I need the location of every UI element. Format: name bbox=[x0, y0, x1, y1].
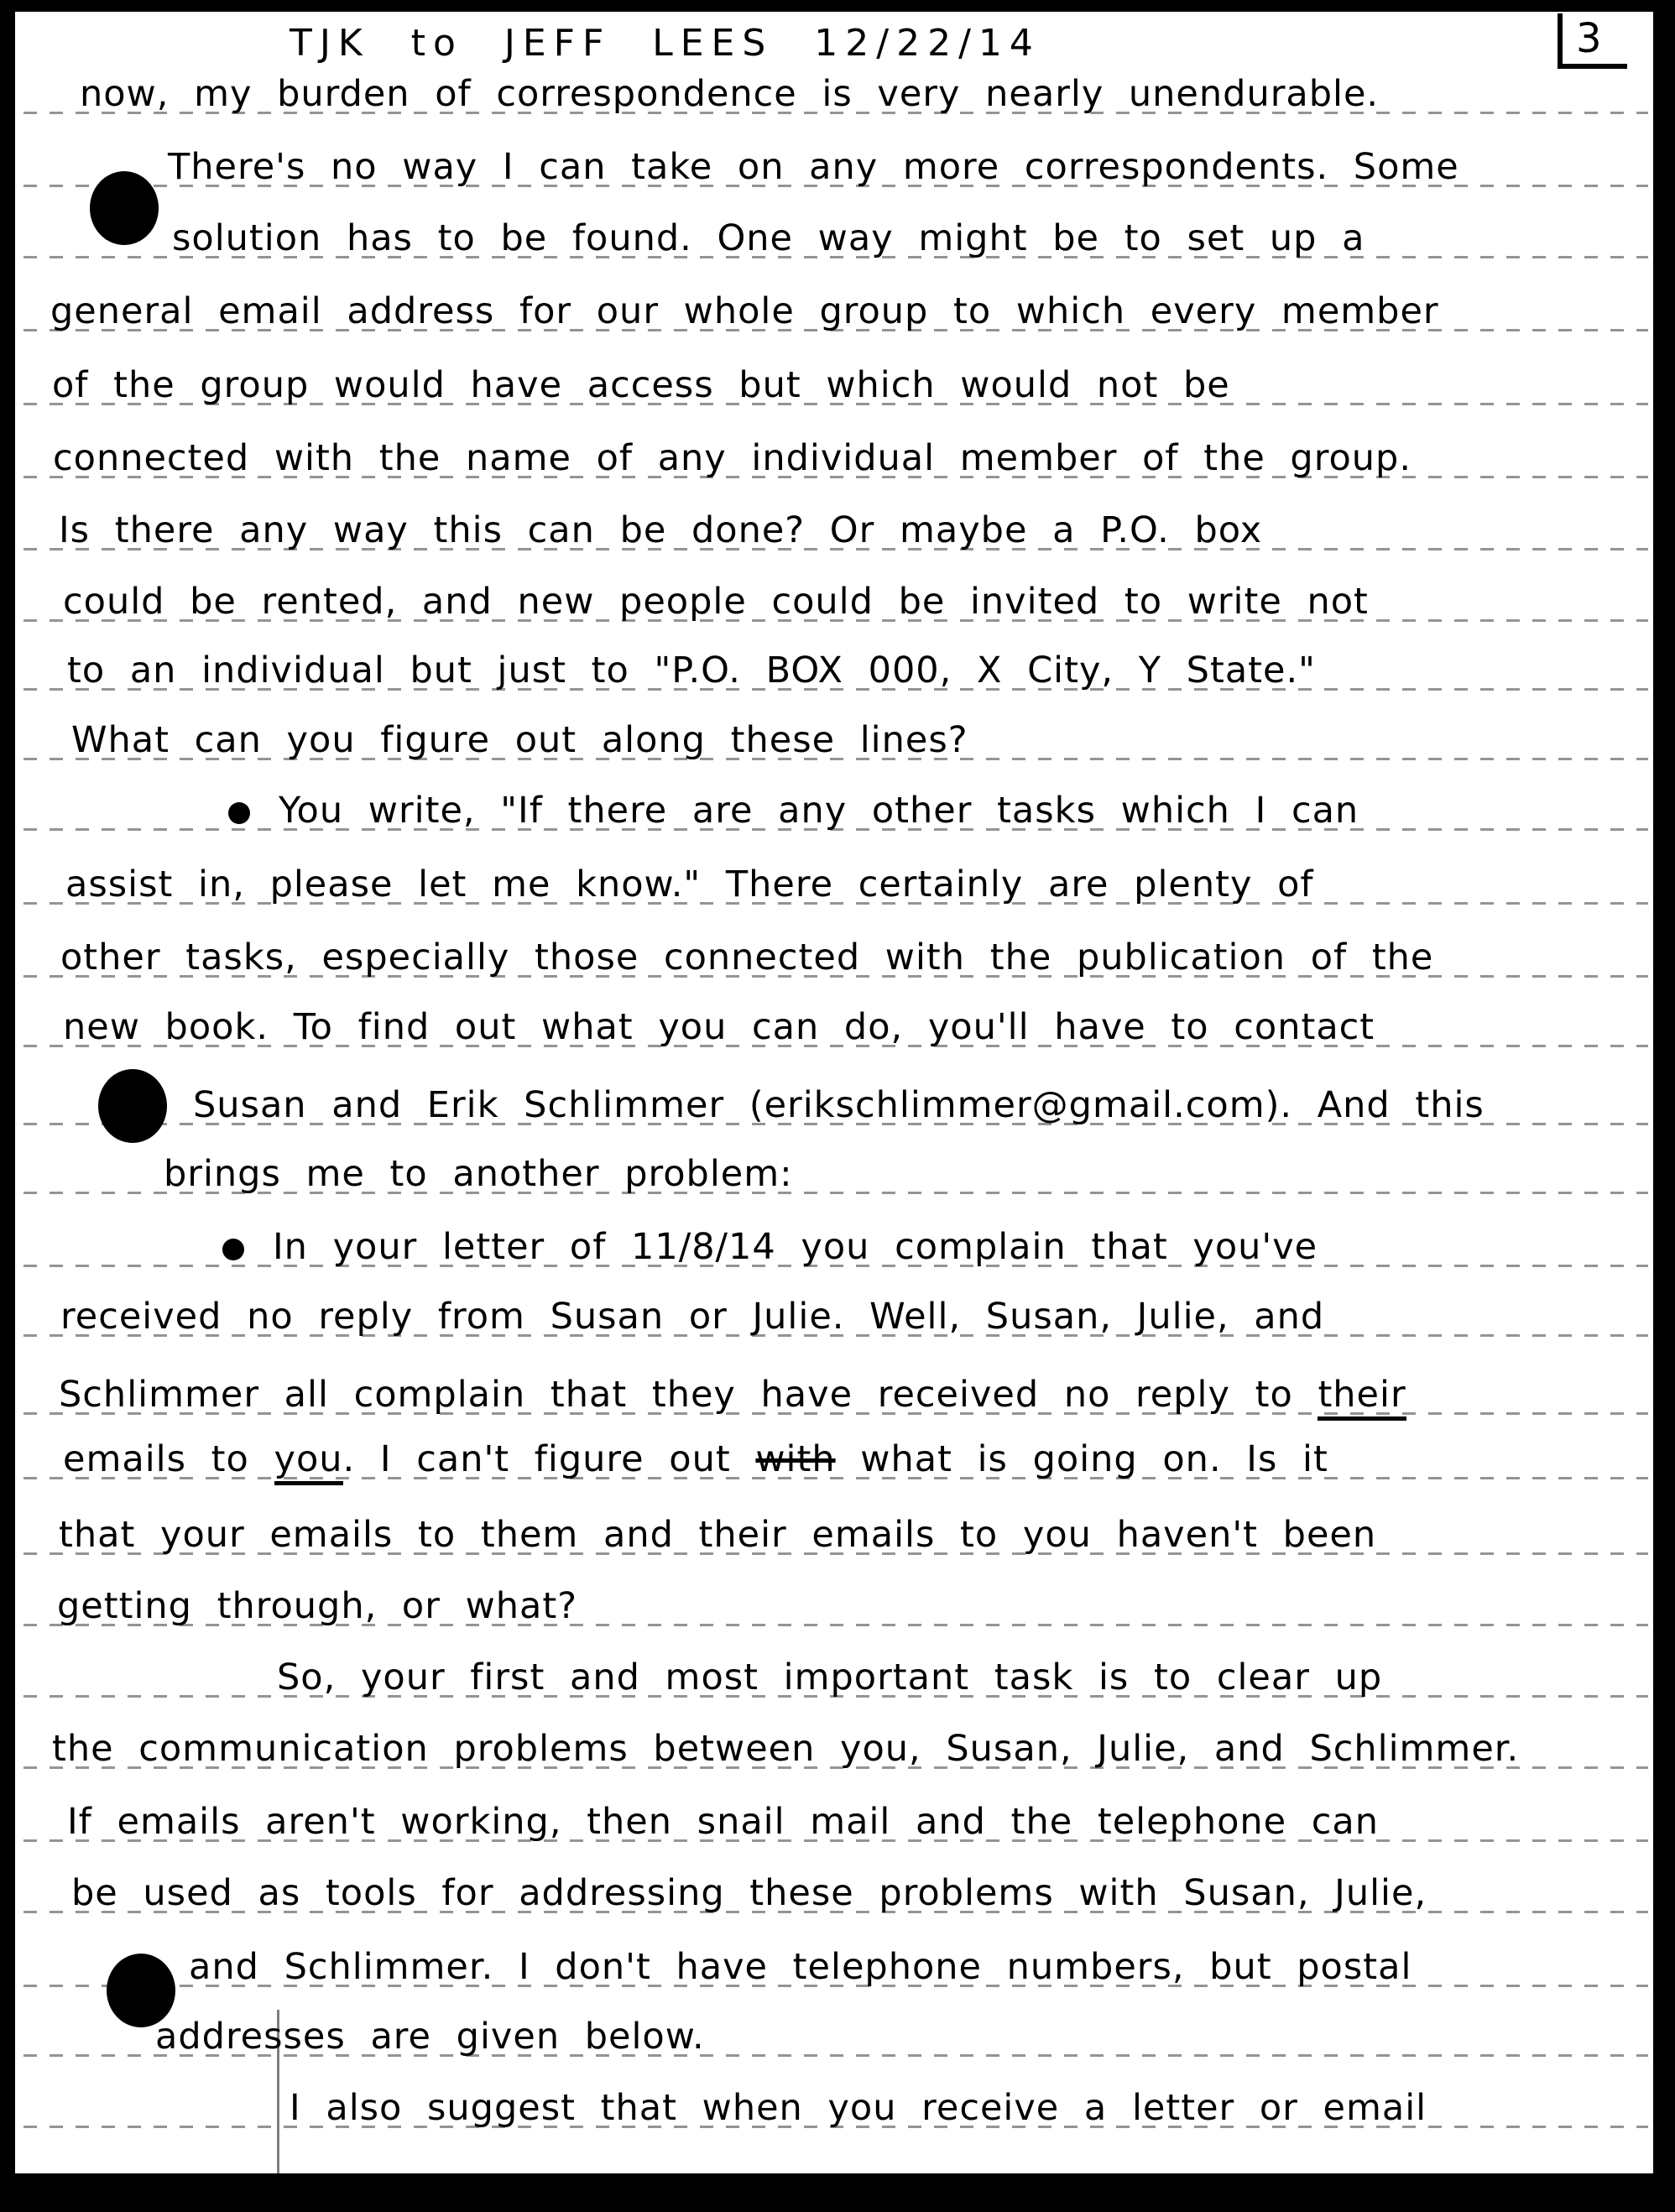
handwritten-line: Susan and Erik Schlimmer (erikschlimmer@… bbox=[193, 1086, 1485, 1125]
scan-border-top bbox=[0, 0, 1675, 12]
hole-punch-dot bbox=[98, 1069, 167, 1143]
handwritten-line: addresses are given below. bbox=[155, 2017, 705, 2057]
text-segment: be used as tools for addressing these pr… bbox=[71, 1872, 1427, 1914]
text-segment: What can you figure out along these line… bbox=[71, 719, 968, 761]
text-segment: the communication problems between you, … bbox=[52, 1728, 1519, 1770]
handwritten-line: What can you figure out along these line… bbox=[71, 721, 968, 760]
handwritten-line: be used as tools for addressing these pr… bbox=[71, 1874, 1427, 1913]
text-segment: Schlimmer all complain that they have re… bbox=[59, 1374, 1318, 1416]
text-segment: connected with the name of any individua… bbox=[53, 437, 1411, 479]
handwritten-line: now, my burden of correspondence is very… bbox=[80, 75, 1379, 114]
bullet-icon bbox=[222, 1239, 244, 1260]
text-segment: that your emails to them and their email… bbox=[59, 1514, 1376, 1556]
scan-border-left bbox=[0, 0, 15, 2212]
handwritten-line: emails to you. I can't figure out with w… bbox=[63, 1440, 1328, 1479]
hole-punch-dot bbox=[90, 171, 159, 245]
page-number: 3 bbox=[1558, 13, 1627, 69]
text-segment: There's no way I can take on any more co… bbox=[168, 146, 1459, 188]
handwritten-line: If emails aren't working, then snail mai… bbox=[67, 1802, 1379, 1842]
handwritten-line: of the group would have access but which… bbox=[52, 366, 1230, 405]
handwritten-line: other tasks, especially those connected … bbox=[60, 938, 1433, 978]
handwritten-line: Is there any way this can be done? Or ma… bbox=[59, 511, 1262, 550]
scan-border-bottom bbox=[0, 2173, 1675, 2212]
handwritten-line: connected with the name of any individua… bbox=[53, 439, 1411, 478]
handwritten-line: You write, "If there are any other tasks… bbox=[228, 791, 1359, 831]
text-segment: addresses are given below. bbox=[155, 2016, 705, 2058]
underlined-word: you bbox=[274, 1438, 343, 1485]
text-segment: other tasks, especially those connected … bbox=[60, 936, 1433, 978]
scanned-letter-page: TJK to JEFF LEES 12/22/14 3 now, my burd… bbox=[0, 0, 1675, 2212]
handwritten-line: the communication problems between you, … bbox=[52, 1729, 1519, 1769]
text-segment: could be rented, and new people could be… bbox=[63, 581, 1369, 623]
handwritten-line: In your letter of 11/8/14 you complain t… bbox=[222, 1228, 1318, 1267]
text-segment: If emails aren't working, then snail mai… bbox=[67, 1801, 1379, 1843]
text-segment: solution has to be found. One way might … bbox=[172, 217, 1365, 259]
handwritten-line: received no reply from Susan or Julie. W… bbox=[60, 1297, 1324, 1337]
text-segment: and Schlimmer. I don't have telephone nu… bbox=[189, 1946, 1411, 1988]
handwritten-line: could be rented, and new people could be… bbox=[63, 582, 1369, 622]
handwritten-line: solution has to be found. One way might … bbox=[172, 219, 1365, 258]
hole-punch-dot bbox=[107, 1954, 175, 2027]
text-segment: So, your first and most important task i… bbox=[277, 1656, 1382, 1698]
handwritten-line: Schlimmer all complain that they have re… bbox=[59, 1375, 1406, 1415]
handwritten-line: brings me to another problem: bbox=[164, 1155, 793, 1194]
text-segment: Susan and Erik Schlimmer (erikschlimmer@… bbox=[193, 1084, 1485, 1126]
handwritten-line: getting through, or what? bbox=[57, 1587, 577, 1626]
handwritten-line: There's no way I can take on any more co… bbox=[168, 148, 1459, 187]
bullet-icon bbox=[228, 802, 250, 824]
letter-header: TJK to JEFF LEES 12/22/14 bbox=[290, 22, 1041, 65]
text-segment: what is going on. Is it bbox=[836, 1438, 1328, 1480]
text-segment: I also suggest that when you receive a l… bbox=[290, 2087, 1427, 2129]
underlined-word: their bbox=[1318, 1374, 1406, 1421]
crossed-out-word: with bbox=[755, 1438, 835, 1480]
text-segment: Is there any way this can be done? Or ma… bbox=[59, 509, 1262, 551]
handwritten-line: that your emails to them and their email… bbox=[59, 1516, 1376, 1555]
text-segment: received no reply from Susan or Julie. W… bbox=[60, 1296, 1324, 1338]
text-segment: new book. To find out what you can do, y… bbox=[63, 1006, 1375, 1048]
text-segment: general email address for our whole grou… bbox=[50, 290, 1439, 332]
text-segment: to an individual but just to "P.O. BOX 0… bbox=[67, 650, 1316, 691]
text-segment: brings me to another problem: bbox=[164, 1153, 793, 1195]
text-segment: emails to bbox=[63, 1438, 274, 1480]
handwritten-line: So, your first and most important task i… bbox=[277, 1658, 1382, 1698]
handwritten-line: new book. To find out what you can do, y… bbox=[63, 1008, 1375, 1047]
text-segment: getting through, or what? bbox=[57, 1585, 577, 1627]
handwritten-line: I also suggest that when you receive a l… bbox=[290, 2089, 1427, 2128]
handwritten-line: to an individual but just to "P.O. BOX 0… bbox=[67, 651, 1316, 691]
scan-border-right bbox=[1653, 0, 1675, 2212]
text-segment: In your letter of 11/8/14 you complain t… bbox=[273, 1226, 1318, 1268]
handwritten-line: general email address for our whole grou… bbox=[50, 292, 1439, 331]
text-segment: . I can't figure out bbox=[343, 1438, 756, 1480]
handwritten-line: and Schlimmer. I don't have telephone nu… bbox=[189, 1948, 1411, 1987]
text-segment: of the group would have access but which… bbox=[52, 364, 1230, 406]
text-segment: now, my burden of correspondence is very… bbox=[80, 73, 1379, 115]
text-segment: assist in, please let me know." There ce… bbox=[65, 863, 1314, 905]
handwritten-line: assist in, please let me know." There ce… bbox=[65, 865, 1314, 905]
text-segment: You write, "If there are any other tasks… bbox=[279, 790, 1359, 832]
